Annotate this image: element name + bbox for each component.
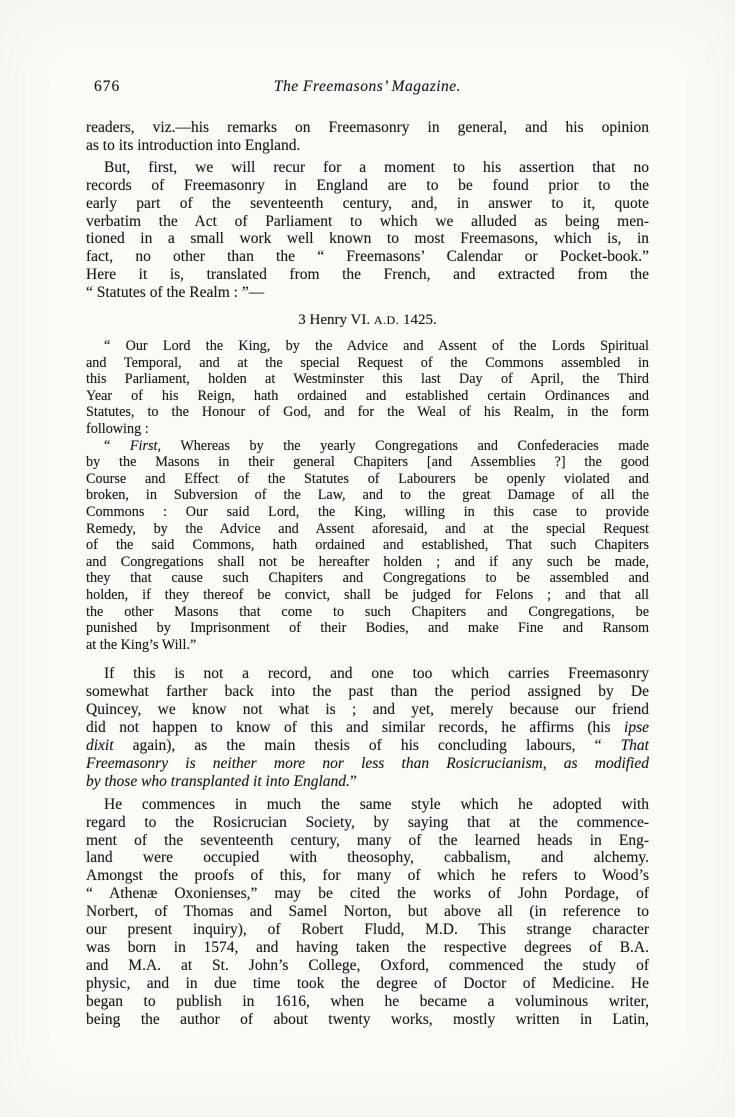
paragraph: readers, viz.—his remarks on Freemasonry… [86, 119, 649, 155]
text-line: early part of the seventeenth century, a… [86, 195, 649, 213]
text-line: tioned in a small work well known to mos… [86, 230, 649, 248]
text-line: being the author of about twenty works, … [86, 1011, 649, 1029]
text-line: He commences in much the same style whic… [86, 796, 649, 814]
text-line: Freemasonry is neither more nor less tha… [86, 755, 649, 773]
page-body: readers, viz.—his remarks on Freemasonry… [86, 119, 649, 1028]
text-line: “ Athenæ Oxonienses,” may be cited the w… [86, 885, 649, 903]
scanned-page: 676 The Freemasons’ Magazine. readers, v… [0, 0, 735, 1117]
text-line: ment of the seventeenth century, many of… [86, 832, 649, 850]
text-line: did not happen to know of this and simil… [86, 719, 649, 737]
text-line: Amongst the proofs of this, for many of … [86, 867, 649, 885]
text-line: readers, viz.—his remarks on Freemasonry… [86, 119, 649, 137]
text-line: and Temporal, and at the special Request… [86, 355, 649, 372]
text-line: Course and Effect of the Statutes of Lab… [86, 471, 649, 488]
text-line: and Congregations shall not be hereafter… [86, 554, 649, 571]
text-line: by the Masons in their general Chapiters… [86, 454, 649, 471]
text-line: at the King’s Will.” [86, 637, 649, 654]
text-line: our present inquiry), of Robert Fludd, M… [86, 921, 649, 939]
text-line: Year of his Reign, hath ordained and est… [86, 388, 649, 405]
text-line: somewhat farther back into the past than… [86, 683, 649, 701]
text-line: was born in 1574, and having taken the r… [86, 939, 649, 957]
text-line: broken, in Subversion of the Law, and to… [86, 487, 649, 504]
text-line: regard to the Rosicrucian Society, by sa… [86, 814, 649, 832]
text-line: But, first, we will recur for a moment t… [86, 159, 649, 177]
text-line: Norbert, of Thomas and Samel Norton, but… [86, 903, 649, 921]
text-line: Commons : Our said Lord, the King, willi… [86, 504, 649, 521]
paragraph: If this is not a record, and one too whi… [86, 665, 649, 790]
text-line: “ Statutes of the Realm : ”— [86, 284, 649, 302]
text-line: Remedy, by the Advice and Assent aforesa… [86, 521, 649, 538]
text-line: following : [86, 421, 649, 438]
text-line: they that cause such Chapiters and Congr… [86, 570, 649, 587]
text-line: verbatim the Act of Parliament to which … [86, 213, 649, 231]
text-line: by those who transplanted it into Englan… [86, 773, 649, 791]
text-line: began to publish in 1616, when he became… [86, 993, 649, 1011]
text-line: and M.A. at St. John’s College, Oxford, … [86, 957, 649, 975]
text-line: holden, if they thereof be convict, shal… [86, 587, 649, 604]
text-line: “ Our Lord the King, by the Advice and A… [86, 338, 649, 355]
page-number: 676 [94, 78, 120, 96]
paragraph: “ Our Lord the King, by the Advice and A… [86, 338, 649, 438]
text-line: Statutes, to the Honour of God, and for … [86, 404, 649, 421]
text-line: “ First, Whereas by the yearly Congregat… [86, 438, 649, 455]
text-line: dixit again), as the main thesis of his … [86, 737, 649, 755]
text-line: this Parliament, holden at Westminster t… [86, 371, 649, 388]
text-line: land were occupied with theosophy, cabba… [86, 849, 649, 867]
text-line: punished by Imprisonment of their Bodies… [86, 620, 649, 637]
text-line: as to its introduction into England. [86, 137, 649, 155]
paragraph: He commences in much the same style whic… [86, 796, 649, 1029]
journal-title: The Freemasons’ Magazine. [86, 78, 649, 96]
text-line: fact, no other than the “ Freemasons’ Ca… [86, 248, 649, 266]
paragraph: “ First, Whereas by the yearly Congregat… [86, 438, 649, 654]
text-line: If this is not a record, and one too whi… [86, 665, 649, 683]
text-line: the other Masons that come to such Chapi… [86, 604, 649, 621]
text-line: of the said Commons, hath ordained and e… [86, 537, 649, 554]
page-header: 676 The Freemasons’ Magazine. [86, 78, 649, 98]
text-line: Quincey, we know not what is ; and yet, … [86, 701, 649, 719]
statute-heading: 3 Henry VI. A.D. 1425. [86, 311, 649, 329]
paragraph: But, first, we will recur for a moment t… [86, 159, 649, 302]
text-line: Here it is, translated from the French, … [86, 266, 649, 284]
text-line: records of Freemasonry in England are to… [86, 177, 649, 195]
text-line: physic, and in due time took the degree … [86, 975, 649, 993]
